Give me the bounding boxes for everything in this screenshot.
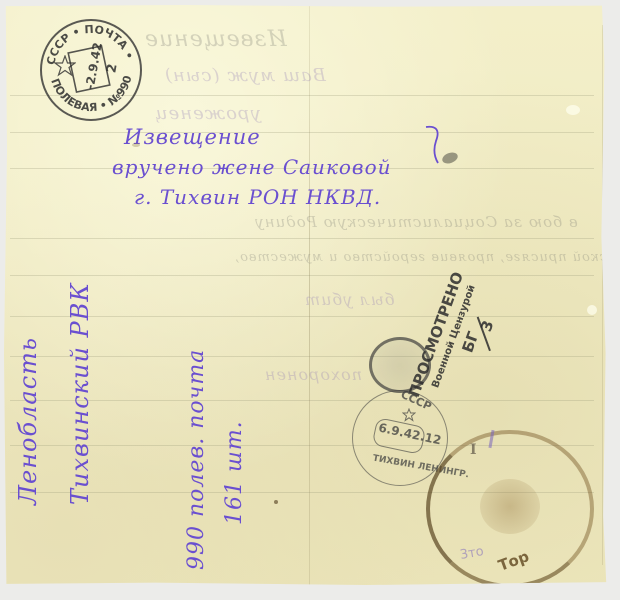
- margin-line: [602, 25, 603, 565]
- note-line-delivered-to-wife: вручено жене Саиковой: [112, 155, 392, 179]
- paper-sheet: Извещение Ваш муж (сын) уроженец в бою з…: [4, 5, 608, 585]
- show-through-line: похоронен: [264, 365, 362, 384]
- note-line-izveshchenie: Извещение: [124, 125, 261, 149]
- vertical-note-field-post: 990 полев. почта: [184, 349, 209, 570]
- seal-roman-numeral: I: [470, 442, 477, 458]
- show-through-line: был убит: [304, 290, 395, 309]
- vertical-note-shtab: 161 шт.: [222, 420, 247, 525]
- show-through-line: уроженец: [154, 103, 261, 124]
- faded-brown-seal: Тор 3то I: [426, 430, 594, 588]
- censor-code-bottom: БГ: [458, 329, 482, 355]
- document-scan: Извещение Ваш муж (сын) уроженец в бою з…: [0, 0, 620, 600]
- show-through-header: Извещение: [144, 27, 287, 52]
- paper-damage: [566, 105, 580, 115]
- star-icon: [54, 55, 76, 77]
- violet-mark: [488, 430, 494, 448]
- note-line-tikhvin-nkvd: г. Тихвин РОН НКВД.: [134, 185, 381, 209]
- show-through-line: верный воинской присяге, проявив геройст…: [234, 250, 620, 265]
- seal-fragment-text: Тор: [496, 547, 532, 575]
- vertical-note-lenoblast: Ленобласть: [14, 337, 42, 505]
- stain: [274, 500, 278, 504]
- show-through-line: в бою за Социалистическую Родину: [254, 213, 578, 231]
- seal-fragment-text-2: 3то: [459, 544, 485, 563]
- ruled-line: [10, 132, 594, 133]
- stain: [132, 143, 140, 147]
- paper-damage: [587, 305, 597, 315]
- star-icon: [402, 408, 416, 422]
- ruled-line: [10, 238, 594, 239]
- show-through-line: Ваш муж (сын): [164, 65, 326, 86]
- field-post-postmark: СССР • ПОЧТА • ПОЛЕВАЯ • №990 -2.9.42 2: [40, 19, 142, 121]
- vertical-note-tikhvin-rvk: Тихвинский РВК: [66, 282, 94, 505]
- seal-emblem: [480, 479, 540, 534]
